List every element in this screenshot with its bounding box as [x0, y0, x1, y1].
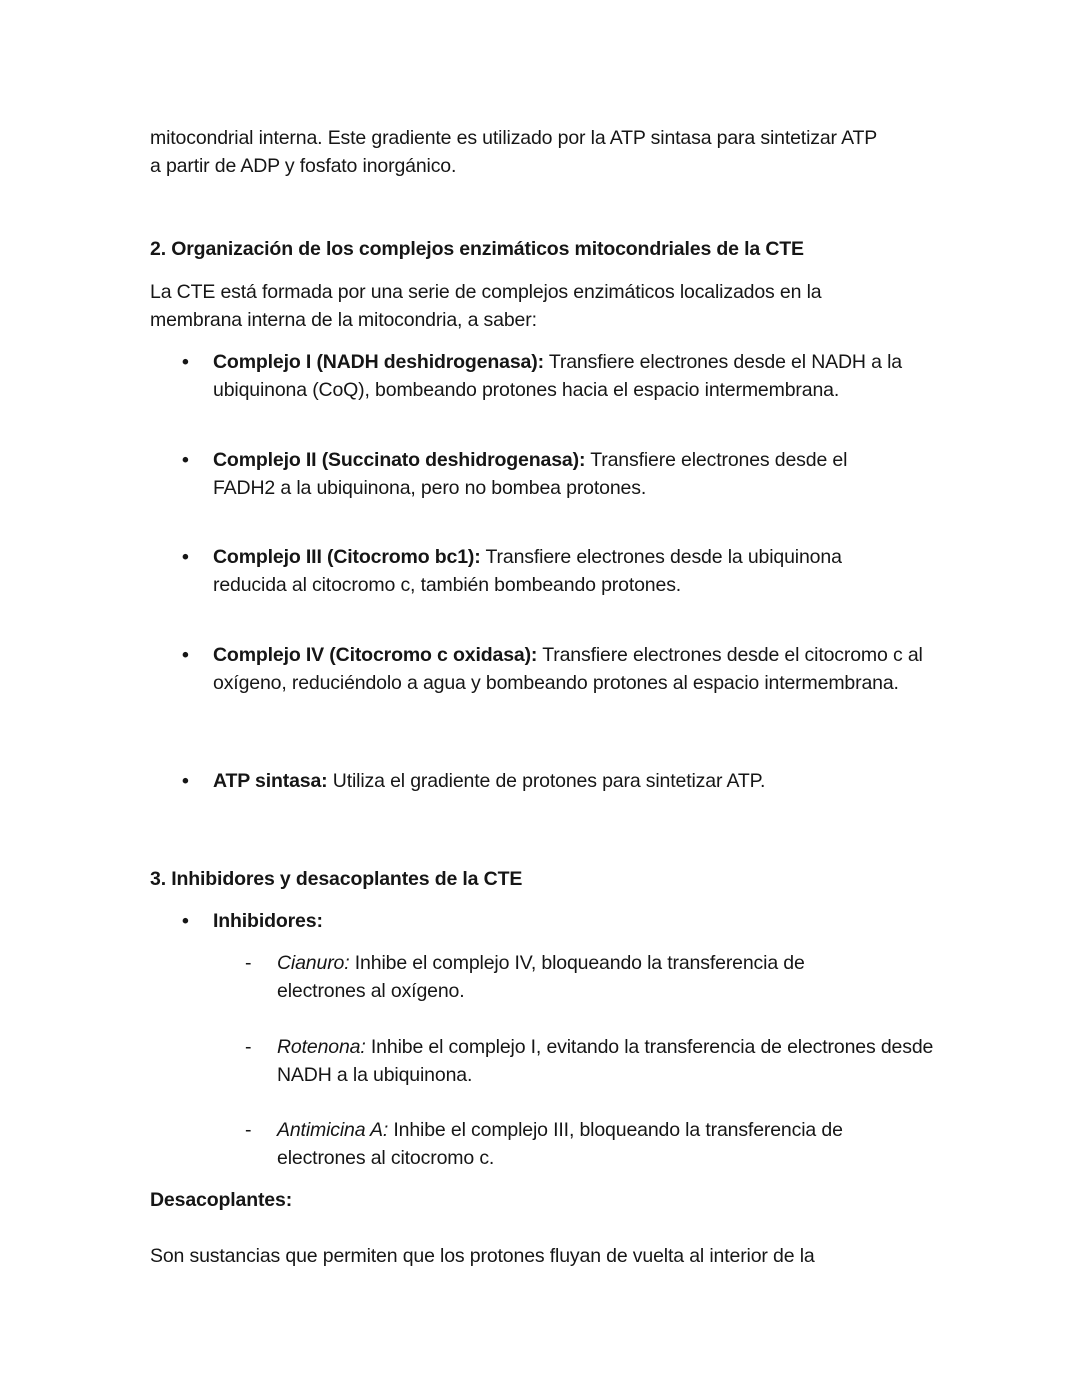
list-item-text: Complejo II (Succinato deshidrogenasa): … — [213, 446, 903, 502]
intro-line-2: a partir de ADP y fosfato inorgánico. — [150, 155, 456, 177]
inhibitors-label-text: Inhibidores: — [213, 910, 323, 932]
list-item-text: Complejo I (NADH deshidrogenasa): Transf… — [213, 348, 938, 404]
bullet-icon: • — [182, 543, 189, 571]
list-item-text: ATP sintasa: Utiliza el gradiente de pro… — [213, 767, 938, 795]
inhibitors-label: Inhibidores: — [213, 907, 938, 935]
sub-item-text: Rotenona: Inhibe el complejo I, evitando… — [277, 1033, 942, 1089]
section-3-heading: 3. Inhibidores y desacoplantes de la CTE — [150, 865, 522, 893]
list-item-description: Utiliza el gradiente de protones para si… — [328, 770, 766, 792]
bullet-icon: • — [182, 767, 189, 795]
intro-line-1: mitocondrial interna. Este gradiente es … — [150, 127, 877, 149]
dash-icon: - — [245, 949, 252, 977]
list-item-text: Complejo III (Citocromo bc1): Transfiere… — [213, 543, 903, 599]
list-item-term: Complejo III (Citocromo bc1): — [213, 546, 481, 568]
inhibitor-name: Cianuro: — [277, 952, 350, 974]
list-item-text: Complejo IV (Citocromo c oxidasa): Trans… — [213, 641, 938, 697]
inhibitor-name: Rotenona: — [277, 1036, 366, 1058]
list-item-term: Complejo I (NADH deshidrogenasa): — [213, 351, 544, 373]
bullet-icon: • — [182, 348, 189, 376]
list-item-term: ATP sintasa: — [213, 770, 328, 792]
uncouplers-paragraph: Son sustancias que permiten que los prot… — [150, 1242, 940, 1270]
document-page: mitocondrial interna. Este gradiente es … — [0, 0, 1080, 1397]
dash-icon: - — [245, 1033, 252, 1061]
list-item-term: Complejo II (Succinato deshidrogenasa): — [213, 449, 585, 471]
list-item-term: Complejo IV (Citocromo c oxidasa): — [213, 644, 537, 666]
sub-item-text: Antimicina A: Inhibe el complejo III, bl… — [277, 1116, 897, 1172]
section-2-heading: 2. Organización de los complejos enzimát… — [150, 235, 804, 263]
inhibitor-description: Inhibe el complejo I, evitando la transf… — [277, 1036, 933, 1086]
inhibitor-name: Antimicina A: — [277, 1119, 388, 1141]
dash-icon: - — [245, 1116, 252, 1144]
sub-item-text: Cianuro: Inhibe el complejo IV, bloquean… — [277, 949, 877, 1005]
bullet-icon: • — [182, 641, 189, 669]
section-2-intro: La CTE está formada por una serie de com… — [150, 278, 880, 334]
intro-paragraph: mitocondrial interna. Este gradiente es … — [150, 124, 940, 180]
bullet-icon: • — [182, 446, 189, 474]
uncouplers-label: Desacoplantes: — [150, 1186, 292, 1214]
inhibitor-description: Inhibe el complejo IV, bloqueando la tra… — [277, 952, 805, 1002]
bullet-icon: • — [182, 907, 189, 935]
